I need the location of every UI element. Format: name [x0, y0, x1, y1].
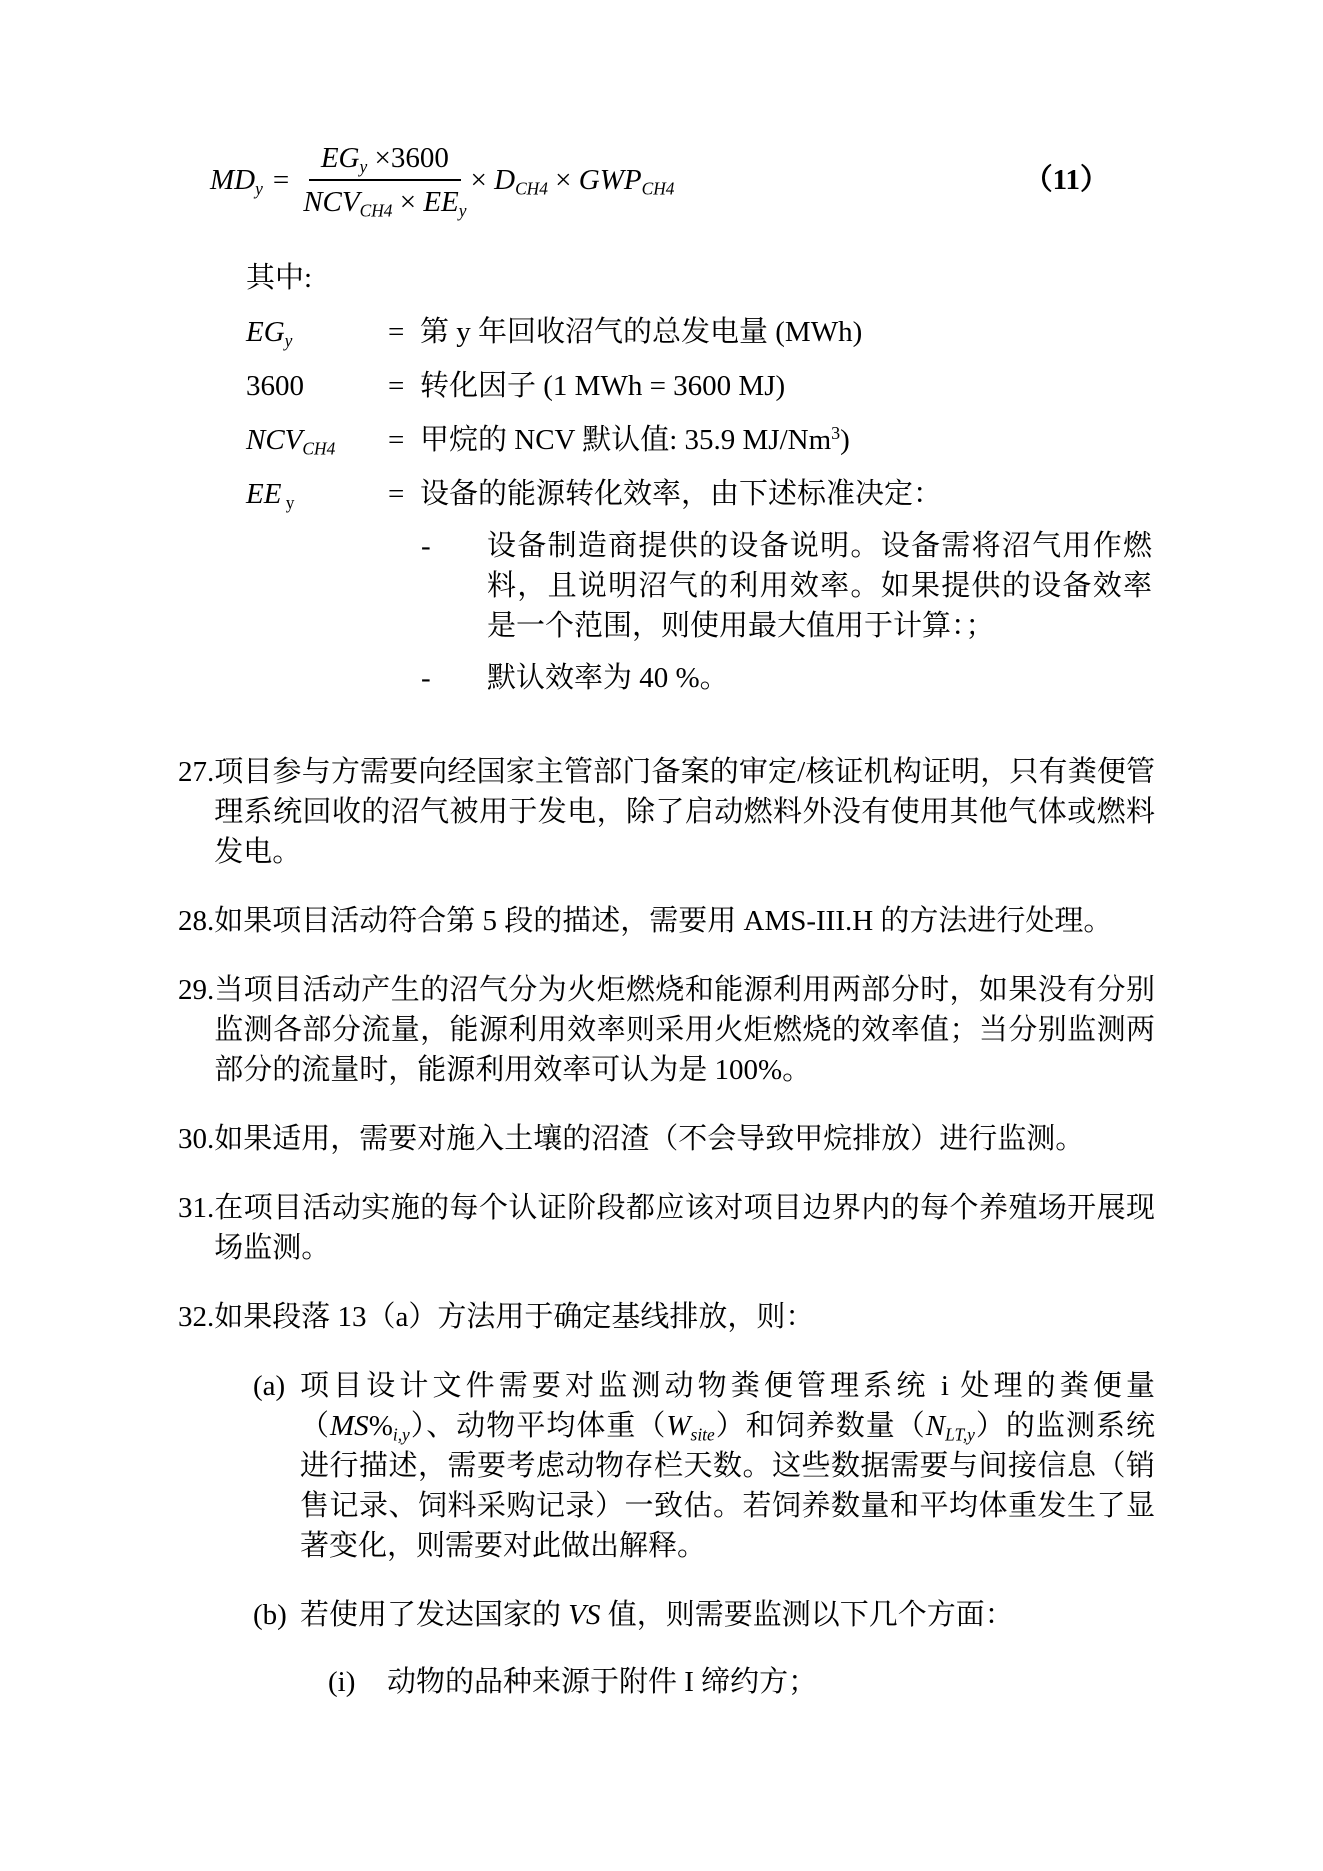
definition-equals: =	[388, 312, 420, 352]
definition-term: EE y	[246, 474, 388, 514]
definition-equals: =	[388, 366, 420, 406]
paragraph-28: 28. 如果项目活动符合第 5 段的描述，需要用 AMS-III.H 的方法进行…	[170, 901, 1155, 941]
definition-term: 3600	[246, 366, 388, 406]
equation-lhs: MDy	[210, 160, 263, 200]
dash-bullet: -	[421, 658, 487, 698]
equation-body: MDy = EGy ×3600 NCVCH4 × EEy × DCH4 × GW…	[210, 140, 674, 220]
subitem-text: 若使用了发达国家的 VS 值，则需要监测以下几个方面：	[300, 1595, 1155, 1635]
paragraph-27: 27. 项目参与方需要向经国家主管部门备案的审定/核证机构证明，只有粪便管理系统…	[170, 752, 1155, 872]
paragraph-number: 30.	[178, 1119, 214, 1159]
paragraph-number: 27.	[178, 752, 214, 872]
equation-number: （11）	[1024, 160, 1109, 200]
definition-row-ncv: NCVCH4 = 甲烷的 NCV 默认值: 35.9 MJ/Nm3)	[170, 420, 1155, 460]
definition-equals: =	[388, 420, 420, 460]
subsubitem-i: (i) 动物的品种来源于附件 I 缔约方；	[328, 1662, 1155, 1702]
paragraph-text: 如果适用，需要对施入土壤的沼渣（不会导致甲烷排放）进行监测。	[214, 1119, 1155, 1159]
subsubitem-text: 动物的品种来源于附件 I 缔约方；	[387, 1662, 1153, 1702]
paragraph-number: 32.	[178, 1297, 214, 1337]
equation-fraction: EGy ×3600 NCVCH4 × EEy	[303, 140, 466, 220]
equation-equals-sign: =	[273, 160, 289, 200]
subitem-label: (b)	[253, 1595, 300, 1635]
subitem-text: 项目设计文件需要对监测动物粪便管理系统 i 处理的粪便量（MS%i,y）、动物平…	[300, 1366, 1155, 1566]
subsubitem-label: (i)	[328, 1662, 387, 1702]
paragraph-text: 项目参与方需要向经国家主管部门备案的审定/核证机构证明，只有粪便管理系统回收的沼…	[214, 752, 1155, 872]
definition-row-egy: EGy = 第 y 年回收沼气的总发电量 (MWh)	[170, 312, 1155, 352]
paragraph-text: 如果段落 13（a）方法用于确定基线排放，则：	[214, 1297, 1155, 1337]
subitem-b: (b) 若使用了发达国家的 VS 值，则需要监测以下几个方面：	[253, 1595, 1155, 1635]
paragraph-text: 在项目活动实施的每个认证阶段都应该对项目边界内的每个养殖场开展现场监测。	[214, 1188, 1155, 1268]
definition-term: NCVCH4	[246, 420, 388, 460]
paragraph-number: 31.	[178, 1188, 214, 1268]
definition-text: 设备的能源转化效率，由下述标准决定：	[420, 474, 1155, 514]
paragraph-text: 当项目活动产生的沼气分为火炬燃烧和能源利用两部分时，如果没有分别监测各部分流量，…	[214, 970, 1155, 1090]
subitem-a: (a) 项目设计文件需要对监测动物粪便管理系统 i 处理的粪便量（MS%i,y）…	[253, 1366, 1155, 1566]
where-label: 其中:	[246, 258, 1155, 298]
ee-criteria-list: - 设备制造商提供的设备说明。设备需将沼气用作燃料，且说明沼气的利用效率。如果提…	[170, 526, 1155, 698]
definition-equals: =	[388, 474, 420, 514]
definition-list: EGy = 第 y 年回收沼气的总发电量 (MWh) 3600 = 转化因子 (…	[170, 312, 1155, 514]
definition-text: 转化因子 (1 MWh = 3600 MJ)	[420, 366, 1155, 406]
numbered-paragraphs: 27. 项目参与方需要向经国家主管部门备案的审定/核证机构证明，只有粪便管理系统…	[170, 752, 1155, 1702]
definition-text: 甲烷的 NCV 默认值: 35.9 MJ/Nm3)	[420, 420, 1155, 460]
subitem-label: (a)	[253, 1366, 300, 1566]
paragraph-30: 30. 如果适用，需要对施入土壤的沼渣（不会导致甲烷排放）进行监测。	[170, 1119, 1155, 1159]
paragraph-29: 29. 当项目活动产生的沼气分为火炬燃烧和能源利用两部分时，如果没有分别监测各部…	[170, 970, 1155, 1090]
dash-bullet: -	[421, 526, 487, 646]
equation-numerator: EGy ×3600	[309, 140, 461, 181]
paragraph-number: 28.	[178, 901, 214, 941]
ee-criteria-text: 默认效率为 40 %。	[487, 658, 1152, 698]
paragraph-31: 31. 在项目活动实施的每个认证阶段都应该对项目边界内的每个养殖场开展现场监测。	[170, 1188, 1155, 1268]
definition-row-ee: EE y = 设备的能源转化效率，由下述标准决定：	[170, 474, 1155, 514]
ee-criteria-text: 设备制造商提供的设备说明。设备需将沼气用作燃料，且说明沼气的利用效率。如果提供的…	[487, 526, 1152, 646]
ee-criteria-item: - 默认效率为 40 %。	[170, 658, 1155, 698]
paragraph-text: 如果项目活动符合第 5 段的描述，需要用 AMS-III.H 的方法进行处理。	[214, 901, 1155, 941]
ee-criteria-item: - 设备制造商提供的设备说明。设备需将沼气用作燃料，且说明沼气的利用效率。如果提…	[170, 526, 1155, 646]
equation-rhs: × DCH4 × GWPCH4	[471, 160, 675, 200]
equation-11: MDy = EGy ×3600 NCVCH4 × EEy × DCH4 × GW…	[210, 128, 1155, 232]
equation-denominator: NCVCH4 × EEy	[303, 181, 466, 220]
paragraph-number: 29.	[178, 970, 214, 1090]
definition-row-3600: 3600 = 转化因子 (1 MWh = 3600 MJ)	[170, 366, 1155, 406]
definition-text: 第 y 年回收沼气的总发电量 (MWh)	[420, 312, 1155, 352]
paragraph-32: 32. 如果段落 13（a）方法用于确定基线排放，则：	[170, 1297, 1155, 1337]
definition-term: EGy	[246, 312, 388, 352]
document-page: MDy = EGy ×3600 NCVCH4 × EEy × DCH4 × GW…	[0, 0, 1323, 1871]
